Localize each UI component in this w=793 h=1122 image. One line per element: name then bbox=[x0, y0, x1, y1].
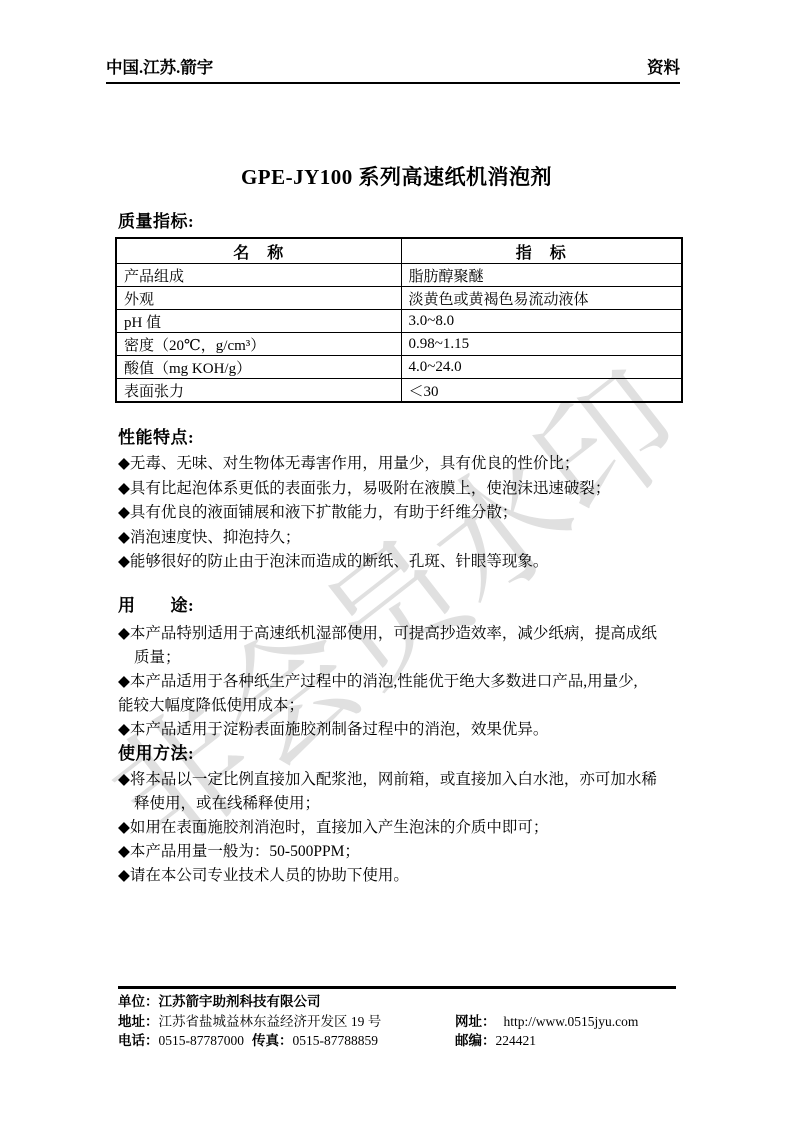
address-label: 地址： bbox=[118, 1012, 159, 1032]
row-value: 4.0~24.0 bbox=[401, 356, 682, 379]
method-item: ◆请在本公司专业技术人员的协助下使用。 bbox=[118, 864, 688, 888]
row-name: 密度（20℃，g/cm³） bbox=[116, 333, 401, 356]
quality-section-heading: 质量指标: bbox=[118, 207, 194, 232]
row-name: 酸值（mg KOH/g） bbox=[116, 356, 401, 379]
usage-item-continuation: 质量； bbox=[118, 646, 688, 670]
feature-item: ◆能够很好的防止由于泡沫而造成的断纸、孔斑、针眼等现象。 bbox=[118, 550, 688, 575]
column-header-spec: 指 标 bbox=[401, 238, 682, 264]
usage-section-heading: 用 途: bbox=[118, 591, 194, 616]
quality-table: 名 称 指 标 产品组成 脂肪醇聚醚 外观 淡黄色或黄褐色易流动液体 pH 值 … bbox=[115, 237, 683, 403]
table-row: 产品组成 脂肪醇聚醚 bbox=[116, 264, 682, 287]
method-list: ◆将本品以一定比例直接加入配浆池，网前箱，或直接加入白水池，亦可加水稀 释使用，… bbox=[118, 768, 688, 888]
usage-item: ◆本产品适用于各种纸生产过程中的消泡,性能优于绝大多数进口产品,用量少, bbox=[118, 670, 688, 694]
unit-label: 单位： bbox=[118, 992, 159, 1012]
method-item-continuation: 释使用，或在线稀释使用； bbox=[118, 792, 688, 816]
feature-item: ◆具有比起泡体系更低的表面张力，易吸附在液膜上，使泡沫迅速破裂； bbox=[118, 477, 688, 502]
row-name: pH 值 bbox=[116, 310, 401, 333]
feature-item: ◆具有优良的液面铺展和液下扩散能力，有助于纤维分散； bbox=[118, 501, 688, 526]
phone-value: 0515-87787000 bbox=[159, 1031, 245, 1051]
fax-label: 传真： bbox=[252, 1031, 293, 1051]
row-value: ＜30 bbox=[401, 379, 682, 403]
table-row: pH 值 3.0~8.0 bbox=[116, 310, 682, 333]
address-value: 江苏省盐城益林东益经济开发区 19 号 bbox=[159, 1012, 382, 1032]
row-value: 3.0~8.0 bbox=[401, 310, 682, 333]
column-header-name: 名 称 bbox=[116, 238, 401, 264]
table-row: 密度（20℃，g/cm³） 0.98~1.15 bbox=[116, 333, 682, 356]
table-row: 酸值（mg KOH/g） 4.0~24.0 bbox=[116, 356, 682, 379]
row-value: 脂肪醇聚醚 bbox=[401, 264, 682, 287]
website-label: 网址： bbox=[455, 1012, 496, 1032]
features-list: ◆无毒、无味、对生物体无毒害作用，用量少，具有优良的性价比； ◆具有比起泡体系更… bbox=[118, 452, 688, 575]
page-title: GPE-JY100 系列高速纸机消泡剂 bbox=[0, 161, 793, 191]
row-name: 表面张力 bbox=[116, 379, 401, 403]
row-value: 0.98~1.15 bbox=[401, 333, 682, 356]
website-url: http://www.0515jyu.com bbox=[504, 1012, 639, 1032]
zipcode-value: 224421 bbox=[496, 1031, 537, 1051]
row-name: 产品组成 bbox=[116, 264, 401, 287]
row-name: 外观 bbox=[116, 287, 401, 310]
footer-row-unit: 单位： 江苏箭宇助剂科技有限公司 bbox=[118, 992, 676, 1012]
usage-item-continuation: 能较大幅度降低使用成本； bbox=[118, 694, 688, 718]
usage-list: ◆本产品特别适用于高速纸机湿部使用，可提高抄造效率，减少纸病，提高成纸 质量； … bbox=[118, 622, 688, 742]
fax-value: 0515-87788859 bbox=[293, 1031, 379, 1051]
table-row: 外观 淡黄色或黄褐色易流动液体 bbox=[116, 287, 682, 310]
footer-row-address: 地址： 江苏省盐城益林东益经济开发区 19 号 网址： http://www.0… bbox=[118, 1012, 676, 1032]
feature-item: ◆无毒、无味、对生物体无毒害作用，用量少，具有优良的性价比； bbox=[118, 452, 688, 477]
usage-item: ◆本产品特别适用于高速纸机湿部使用，可提高抄造效率，减少纸病，提高成纸 bbox=[118, 622, 688, 646]
feature-item: ◆消泡速度快、抑泡持久； bbox=[118, 526, 688, 551]
row-value: 淡黄色或黄褐色易流动液体 bbox=[401, 287, 682, 310]
footer-row-contact: 电话： 0515-87787000 传真： 0515-87788859 邮编： … bbox=[118, 1031, 676, 1051]
features-section-heading: 性能特点: bbox=[118, 423, 194, 448]
page-footer: 单位： 江苏箭宇助剂科技有限公司 地址： 江苏省盐城益林东益经济开发区 19 号… bbox=[118, 986, 676, 1051]
method-section-heading: 使用方法: bbox=[118, 739, 194, 764]
usage-item: ◆本产品适用于淀粉表面施胶剂制备过程中的消泡，效果优异。 bbox=[118, 718, 688, 742]
phone-label: 电话： bbox=[118, 1031, 159, 1051]
method-item: ◆将本品以一定比例直接加入配浆池，网前箱，或直接加入白水池，亦可加水稀 bbox=[118, 768, 688, 792]
method-item: ◆如用在表面施胶剂消泡时，直接加入产生泡沫的介质中即可； bbox=[118, 816, 688, 840]
table-row: 表面张力 ＜30 bbox=[116, 379, 682, 403]
document-page: 非会员水印 中国.江苏.箭宇 资料 GPE-JY100 系列高速纸机消泡剂 质量… bbox=[0, 0, 793, 1122]
zipcode-label: 邮编： bbox=[455, 1031, 496, 1051]
header-brand: 中国.江苏.箭宇 bbox=[106, 54, 213, 78]
method-item: ◆本产品用量一般为：50-500PPM； bbox=[118, 840, 688, 864]
table-header-row: 名 称 指 标 bbox=[116, 238, 682, 264]
page-header: 中国.江苏.箭宇 资料 bbox=[106, 54, 680, 84]
company-name: 江苏箭宇助剂科技有限公司 bbox=[159, 992, 321, 1012]
header-doc-type: 资料 bbox=[647, 54, 680, 78]
